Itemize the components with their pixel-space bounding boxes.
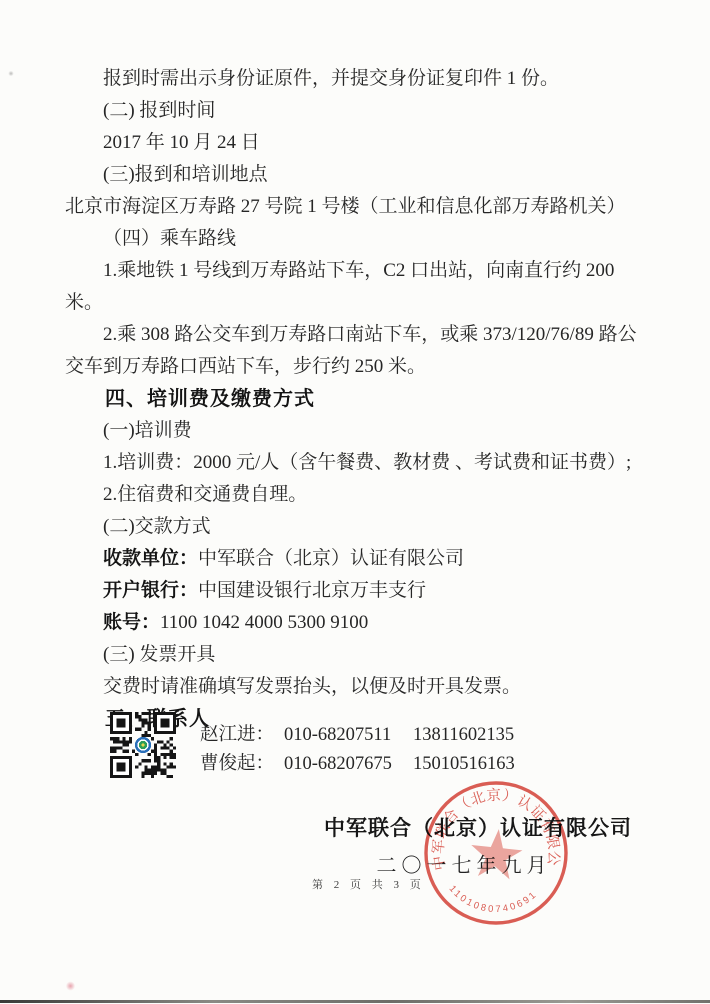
- contact-name: 赵江进：: [200, 721, 284, 750]
- signature-date: 二〇一七年九月: [286, 849, 642, 878]
- doc-line: (三) 发票开具: [65, 639, 652, 671]
- contact-phone: 010-68207511: [284, 721, 413, 750]
- doc-line: 1.培训费：2000 元/人（含午餐费、教材费 、考试费和证书费）;: [65, 447, 652, 479]
- field-value: 1100 1042 4000 5300 9100: [160, 612, 368, 633]
- contact-row: 曹俊起：010-6820767515010516163: [200, 750, 515, 779]
- doc-line: 开户银行：中国建设银行北京万丰支行: [65, 575, 652, 607]
- doc-line: （四）乘车路线: [65, 223, 652, 255]
- svg-text:1101080740691: 1101080740691: [447, 883, 540, 915]
- doc-line: 账号：1100 1042 4000 5300 9100: [65, 607, 652, 639]
- doc-line: (三)报到和培训地点: [65, 159, 652, 191]
- doc-line: (二) 报到时间: [65, 95, 652, 127]
- signature-company: 中军联合（北京）认证有限公司: [300, 812, 656, 842]
- contact-phone: 010-68207675: [284, 750, 413, 779]
- field-label: 收款单位：: [103, 548, 198, 569]
- scanned-document-page: 报到时需出示身份证原件，并提交身份证复印件 1 份。(二) 报到时间2017 年…: [0, 0, 710, 1004]
- doc-line: (一)培训费: [65, 415, 652, 447]
- doc-line: 北京市海淀区万寿路 27 号院 1 号楼（工业和信息化部万寿路机关）: [65, 191, 652, 223]
- doc-line: 2017 年 10 月 24 日: [65, 127, 652, 159]
- section-heading: 四、培训费及缴费方式: [65, 383, 652, 415]
- field-value: 中国建设银行北京万丰支行: [198, 580, 426, 601]
- doc-line: 1.乘地铁 1 号线到万寿路站下车，C2 口出站，向南直行约 200 米。: [65, 255, 652, 319]
- contact-list: 赵江进：010-6820751113811602135曹俊起：010-68207…: [200, 721, 515, 778]
- field-label: 账号：: [103, 612, 160, 633]
- doc-line: 交费时请准确填写发票抬头，以便及时开具发票。: [65, 671, 652, 703]
- document-body: 报到时需出示身份证原件，并提交身份证复印件 1 份。(二) 报到时间2017 年…: [65, 63, 652, 735]
- contact-mobile: 13811602135: [413, 721, 514, 750]
- scan-edge-artifact: [0, 1000, 710, 1003]
- stamp-serial-number: 1101080740691: [447, 883, 540, 915]
- scan-ink-artifact: [66, 981, 75, 991]
- doc-line: 收款单位：中军联合（北京）认证有限公司: [65, 543, 652, 575]
- scan-speck-artifact: [8, 71, 14, 76]
- contact-row: 赵江进：010-6820751113811602135: [200, 721, 515, 750]
- doc-line: 2.住宿费和交通费自理。: [65, 479, 652, 511]
- signature-block: 中军联合（北京）认证有限公司 二〇一七年九月: [300, 812, 656, 878]
- page-number: 第 2 页 共 3 页: [312, 876, 425, 892]
- contact-qr-code-icon: [110, 712, 176, 778]
- contact-name: 曹俊起：: [200, 750, 284, 779]
- doc-line: (二)交款方式: [65, 511, 652, 543]
- field-value: 中军联合（北京）认证有限公司: [198, 548, 464, 569]
- doc-line: 报到时需出示身份证原件，并提交身份证复印件 1 份。: [65, 63, 652, 95]
- doc-line: 2.乘 308 路公交车到万寿路口南站下车，或乘 373/120/76/89 路…: [65, 319, 652, 383]
- field-label: 开户银行：: [103, 580, 198, 601]
- contact-mobile: 15010516163: [413, 750, 515, 779]
